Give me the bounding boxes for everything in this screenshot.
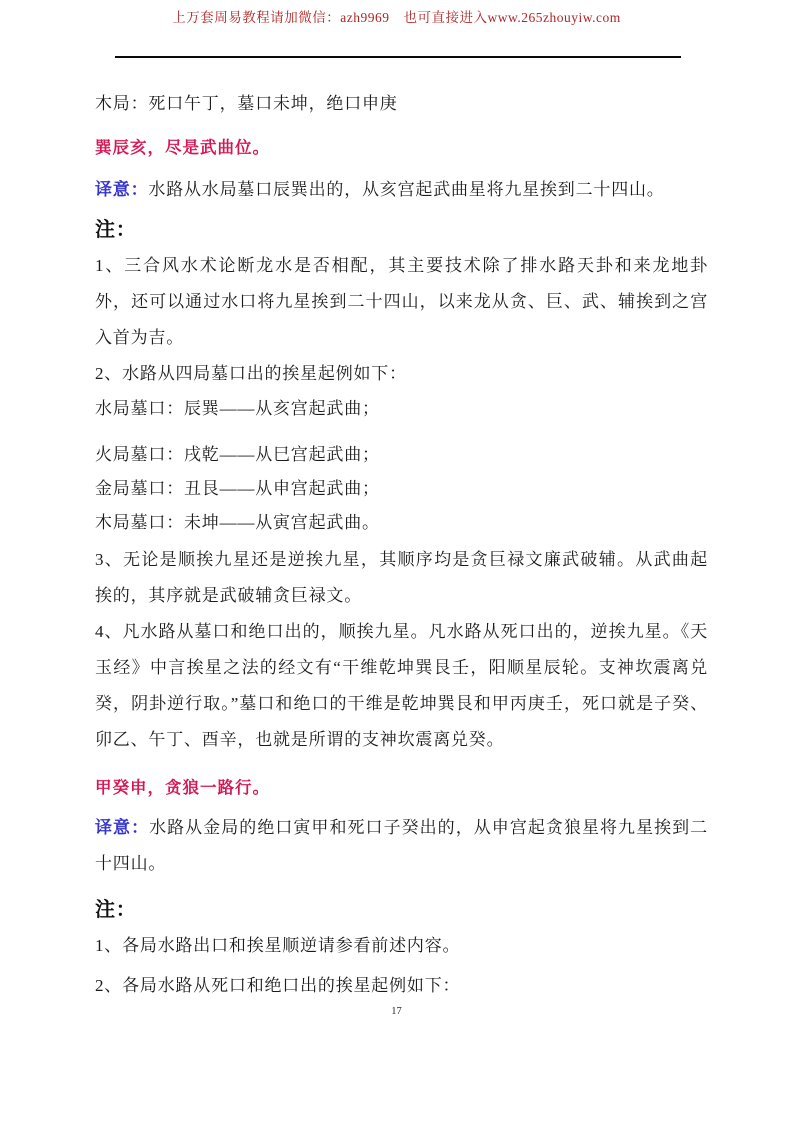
note2-item-1: 1、各局水路出口和挨星顺逆请参看前述内容。 <box>95 928 708 964</box>
note1-item-4: 4、凡水路从墓口和绝口出的，顺挨九星。凡水路从死口出的，逆挨九星。《天玉经》中言… <box>95 614 708 758</box>
note1-item-3: 3、无论是顺挨九星还是逆挨九星，其顺序均是贪巨禄文廉武破辅。从武曲起挨的，其序就… <box>95 542 708 614</box>
formula-line-muju: 木局墓口：未坤——从寅宫起武曲。 <box>95 506 708 540</box>
translation-text-1: 水路从水局墓口辰巽出的，从亥宫起武曲星将九星挨到二十四山。 <box>148 180 664 199</box>
note-heading-1: 注： <box>95 212 708 248</box>
promo-header-text: 上万套周易教程请加微信：azh9969 也可直接进入www.265zhouyiw… <box>0 6 793 26</box>
note2-item-2: 2、各局水路从死口和绝口出的挨星起例如下： <box>95 968 708 1004</box>
formula-line-shuiju: 水局墓口：辰巽——从亥宫起武曲； <box>95 392 708 426</box>
document-page: 上万套周易教程请加微信：azh9969 也可直接进入www.265zhouyiw… <box>0 0 793 1123</box>
note1-item-2: 2、水路从四局墓口出的挨星起例如下： <box>95 356 708 392</box>
note-heading-2: 注： <box>95 892 708 928</box>
translation-label: 译意： <box>95 180 148 199</box>
translation-text-2: 水路从金局的绝口寅甲和死口子癸出的，从申宫起贪狼星将九星挨到二十四山。 <box>95 818 708 873</box>
note1-item-1: 1、三合风水术论断龙水是否相配，其主要技术除了排水路天卦和来龙地卦外，还可以通过… <box>95 248 708 356</box>
formula-line-jinju: 金局墓口：丑艮——从申宫起武曲； <box>95 472 708 506</box>
mu-ju-line: 木局：死口午丁，墓口未坤，绝口申庚 <box>95 86 708 122</box>
formula-line-huoju: 火局墓口：戌乾——从巳宫起武曲； <box>95 438 708 472</box>
page-number: 17 <box>0 1006 793 1017</box>
translation-paragraph-2: 译意：水路从金局的绝口寅甲和死口子癸出的，从申宫起贪狼星将九星挨到二十四山。 <box>95 810 708 882</box>
document-body: 木局：死口午丁，墓口未坤，绝口申庚 巽辰亥，尽是武曲位。 译意：水路从水局墓口辰… <box>95 86 708 1004</box>
translation-paragraph-1: 译意：水路从水局墓口辰巽出的，从亥宫起武曲星将九星挨到二十四山。 <box>95 172 708 208</box>
verse-heading-tanlang: 甲癸申，贪狼一路行。 <box>95 770 708 806</box>
header-divider <box>115 56 681 58</box>
verse-heading-wuqu: 巽辰亥，尽是武曲位。 <box>95 130 708 166</box>
translation-label: 译意： <box>95 818 149 837</box>
